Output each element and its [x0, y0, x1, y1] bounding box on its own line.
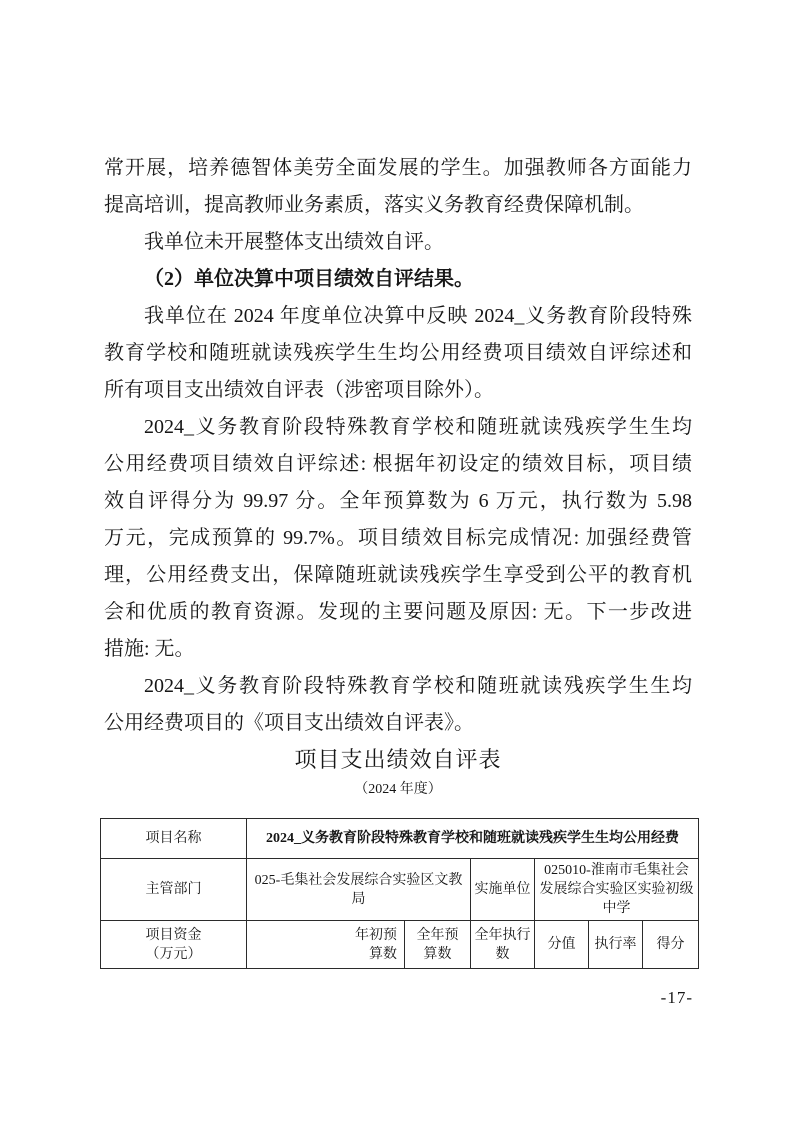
column-header-annual-execution: 全年执行数: [471, 921, 535, 969]
column-header-execution-rate: 执行率: [589, 921, 643, 969]
project-funds-label: 项目资金（万元）: [101, 921, 247, 969]
column-header-annual-budget: 全年预算数: [405, 921, 471, 969]
body-text-line: 理，公用经费支出，保障随班就读残疾学生享受到公平的教育机: [104, 557, 692, 594]
supervising-dept-label: 主管部门: [101, 859, 247, 921]
project-name-label: 项目名称: [101, 819, 247, 859]
project-funds-label-text: 项目资金（万元）: [141, 926, 205, 964]
body-text-line: 万元，完成预算的 99.7%。项目绩效目标完成情况: 加强经费管: [104, 520, 692, 557]
body-text-line: 所有项目支出绩效自评表（涉密项目除外）。: [104, 372, 692, 409]
table-row-project-name: 项目名称 2024_义务教育阶段特殊教育学校和随班就读残疾学生生均公用经费: [101, 819, 699, 859]
body-text-line: 我单位未开展整体支出绩效自评。: [104, 224, 692, 261]
table-row-project-funds-header: 项目资金（万元） 年初预算数 全年预算数 全年执行数 分值 执行率 得分: [101, 921, 699, 969]
performance-self-eval-table: 项目名称 2024_义务教育阶段特殊教育学校和随班就读残疾学生生均公用经费 主管…: [100, 818, 699, 969]
body-text-line: 公用经费项目绩效自评综述: 根据年初设定的绩效目标，项目绩: [104, 446, 692, 483]
annual-budget-text: 全年预算数: [417, 926, 459, 964]
body-text-line: 会和优质的教育资源。发现的主要问题及原因: 无。下一步改进: [104, 594, 692, 631]
body-text-line: 2024_义务教育阶段特殊教育学校和随班就读残疾学生生均: [104, 409, 692, 446]
initial-budget-text: 年初预算数: [355, 926, 397, 964]
table-row-departments: 主管部门 025-毛集社会发展综合实验区文教局 实施单位 025010-淮南市毛…: [101, 859, 699, 921]
body-text-line: 公用经费项目的《项目支出绩效自评表》。: [104, 705, 692, 742]
column-header-initial-budget: 年初预算数: [247, 921, 405, 969]
body-text-line: 我单位在 2024 年度单位决算中反映 2024_义务教育阶段特殊: [104, 298, 692, 335]
section-heading: （2）单位决算中项目绩效自评结果。: [104, 261, 692, 298]
supervising-dept-value: 025-毛集社会发展综合实验区文教局: [247, 859, 471, 921]
table-subtitle: （2024 年度）: [104, 777, 692, 803]
body-text-line: 常开展，培养德智体美劳全面发展的学生。加强教师各方面能力: [104, 150, 692, 187]
body-text-line: 2024_义务教育阶段特殊教育学校和随班就读残疾学生生均: [104, 668, 692, 705]
table-title: 项目支出绩效自评表: [104, 743, 692, 777]
column-header-points: 分值: [535, 921, 589, 969]
body-text-line: 效自评得分为 99.97 分。全年预算数为 6 万元，执行数为 5.98: [104, 483, 692, 520]
body-text-line: 措施: 无。: [104, 631, 692, 668]
implementing-unit-label: 实施单位: [471, 859, 535, 921]
implementing-unit-value: 025010-淮南市毛集社会发展综合实验区实验初级中学: [535, 859, 699, 921]
page-number: -17-: [661, 988, 693, 1008]
body-text-line: 教育学校和随班就读残疾学生生均公用经费项目绩效自评综述和: [104, 335, 692, 372]
column-header-score: 得分: [643, 921, 699, 969]
document-page: 常开展，培养德智体美劳全面发展的学生。加强教师各方面能力 提高培训，提高教师业务…: [0, 0, 793, 1122]
body-text: 常开展，培养德智体美劳全面发展的学生。加强教师各方面能力 提高培训，提高教师业务…: [104, 150, 692, 803]
project-name-value: 2024_义务教育阶段特殊教育学校和随班就读残疾学生生均公用经费: [247, 819, 699, 859]
body-text-line: 提高培训，提高教师业务素质，落实义务教育经费保障机制。: [104, 187, 692, 224]
